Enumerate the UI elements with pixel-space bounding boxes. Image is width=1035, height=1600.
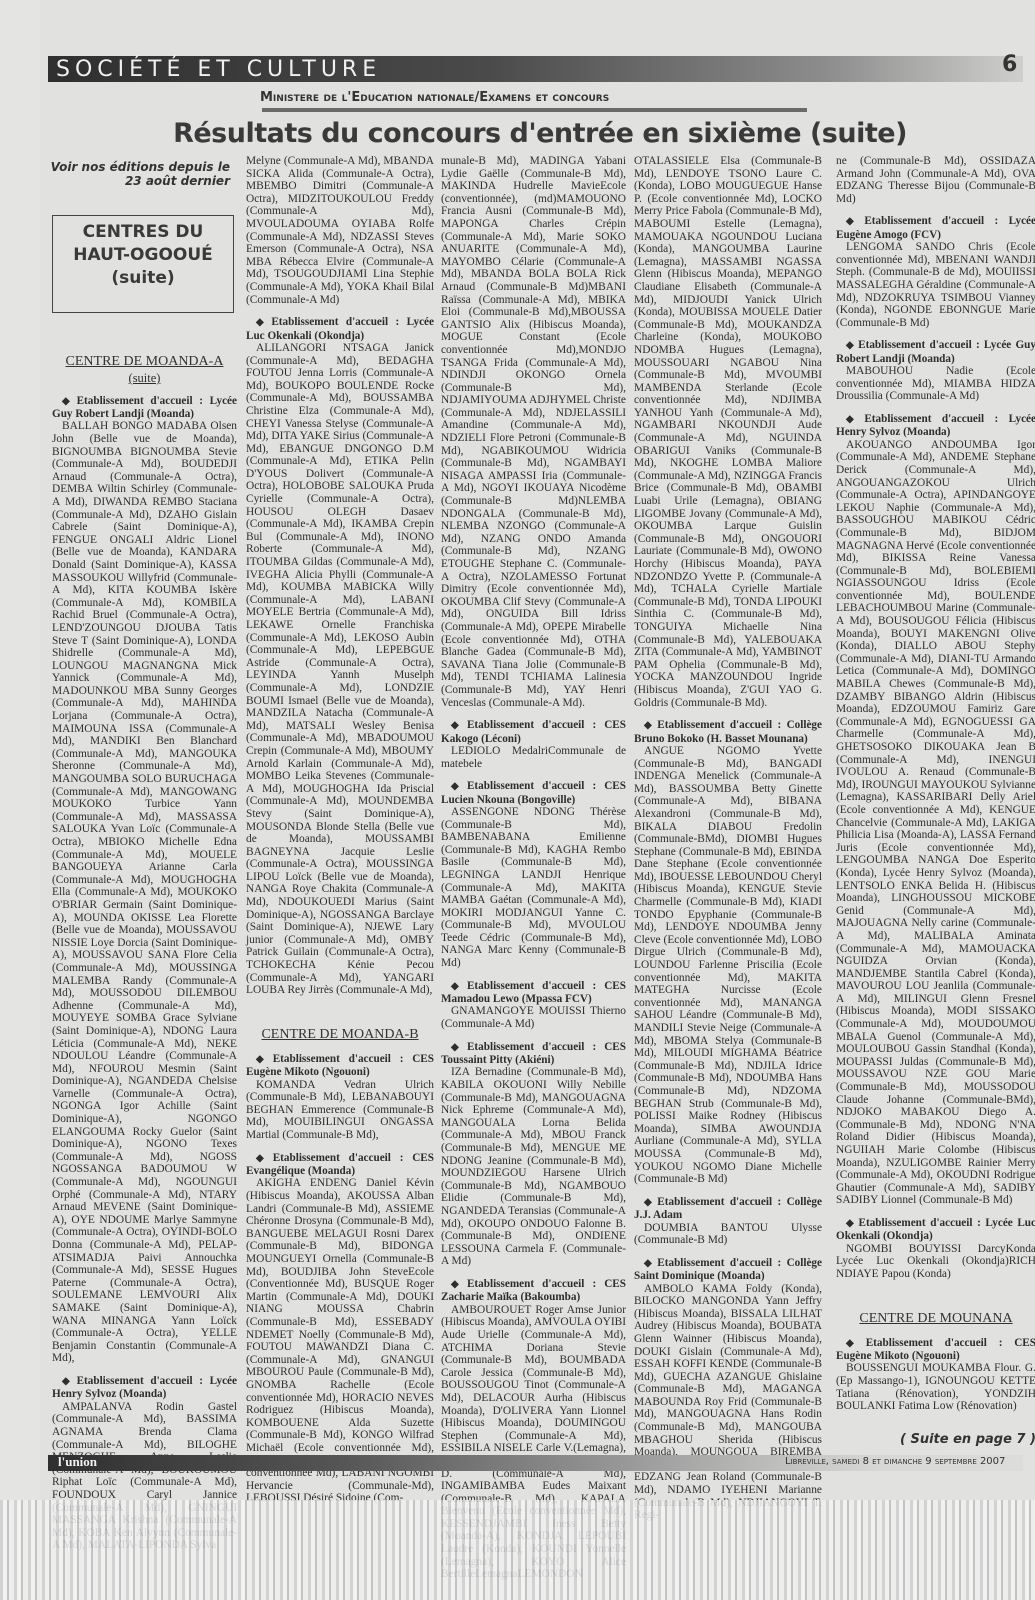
candidate-list: AMBOLO KAMA Foldy (Konda), BILOCKO MANGO… <box>634 1283 822 1522</box>
candidate-list: AKOUANGO ANDOUMBA Igor (Communale-A Md),… <box>836 439 1035 1207</box>
establishment-heading: ◆Etablissement d'accueil : Collège Bruno… <box>634 719 822 745</box>
region-box-line-3: (suite) <box>53 268 233 288</box>
diamond-bullet-icon: ◆ <box>846 1218 856 1229</box>
candidate-list: MABOUHOU Nadie (Ecole conventionnée Md),… <box>836 365 1035 403</box>
diamond-bullet-icon: ◆ <box>256 1054 270 1065</box>
candidate-list: LEDIOLO MedalriCommunale de matebele <box>441 745 626 770</box>
establishment-heading: ◆Etablissement d'accueil : CES Eugène Mi… <box>246 1053 434 1079</box>
kicker-rule <box>262 108 807 112</box>
candidate-list: NGOMBI BOUYISSI DarcyKonda Lycée Luc Oke… <box>836 1243 1035 1281</box>
diamond-bullet-icon: ◆ <box>846 414 861 425</box>
candidate-list: IZA Bernadine (Communale-B Md), KABILA O… <box>441 1066 626 1268</box>
diamond-bullet-icon: ◆ <box>451 781 464 792</box>
region-box: CENTRES DU HAUT-OGOOUÉ (suite) <box>52 215 234 313</box>
establishment-heading: ◆Etablissement d'accueil : Collège J.J. … <box>634 1196 822 1222</box>
candidate-list: OTALASSIELE Elsa (Communale-B Md), LENDO… <box>634 155 822 709</box>
diamond-bullet-icon: ◆ <box>256 317 268 328</box>
spacer <box>246 997 434 1023</box>
column-1: CENTRE DE MOANDA-A (suite) ◆Etablissemen… <box>52 350 237 1552</box>
establishment-heading: ◆Etablissement d'accueil : Lycée Luc Oke… <box>836 1217 1035 1243</box>
establishment-heading: ◆Etablissement d'accueil : CES Evangéliq… <box>246 1152 434 1178</box>
candidate-list: KOMANDA Vedran Ulrich (Communale-B Md), … <box>246 1079 434 1142</box>
diamond-bullet-icon: ◆ <box>644 720 654 731</box>
diamond-bullet-icon: ◆ <box>451 720 464 731</box>
section-title: SOCIÉTÉ ET CULTURE <box>56 57 381 82</box>
diamond-bullet-icon: ◆ <box>846 1338 863 1349</box>
diamond-bullet-icon: ◆ <box>846 340 855 351</box>
candidate-list: DOUMBIA BANTOU Ulysse (Communale-B Md) <box>634 1222 822 1247</box>
candidate-list: munale-B Md), MADINGA Yabani Lydie Gaëll… <box>441 155 626 709</box>
ministry-kicker: Ministere de l'Education nationale/Exame… <box>260 90 810 105</box>
diamond-bullet-icon: ◆ <box>644 1258 654 1269</box>
candidate-list: ASSENGONE NDONG Thérèse (Communale-B Md)… <box>441 806 626 970</box>
establishment-heading: ◆Etablissement d'accueil : Lycée Luc Oke… <box>246 316 434 342</box>
diamond-bullet-icon: ◆ <box>451 1279 464 1290</box>
diamond-bullet-icon: ◆ <box>451 1042 464 1053</box>
candidate-list: GNAMANGOYE MOUISSI Thierno (Communale-A … <box>441 1005 626 1030</box>
establishment-heading: ◆Etablissement d'accueil : CES Eugène Mi… <box>836 1337 1035 1363</box>
establishment-heading: ◆Etablissement d'accueil : Lycée Guy Rob… <box>52 395 237 421</box>
candidate-list: ne (Communale-B Md), OSSIDAZA Armand Joh… <box>836 155 1035 205</box>
continued-note: ( Suite en page 7 ) <box>900 1432 1035 1447</box>
column-3: munale-B Md), MADINGA Yabani Lydie Gaëll… <box>441 155 626 1581</box>
column-2: Melyne (Communale-A Md), MBANDA SICKA Al… <box>246 155 434 1505</box>
establishment-heading: ◆Etablissement d'accueil : Lycée Eugène … <box>836 215 1035 241</box>
candidate-list: BALLAH BONGO MADABA Olsen John (Belle vu… <box>52 420 237 1365</box>
diamond-bullet-icon: ◆ <box>846 216 861 227</box>
scan-artifact <box>0 1500 1035 1600</box>
footer-dateline: Libreville, samedi 8 et dimanche 9 septe… <box>785 1456 1005 1467</box>
diamond-bullet-icon: ◆ <box>62 1376 74 1387</box>
intro-note: Voir nos éditions depuis le 23 août dern… <box>48 160 230 188</box>
centre-title: CENTRE DE MOANDA-B <box>246 1027 434 1043</box>
page-number: 6 <box>1002 52 1017 77</box>
establishment-heading: ◆Etablissement d'accueil : Lycée Henry S… <box>52 1375 237 1401</box>
diamond-bullet-icon: ◆ <box>644 1197 654 1208</box>
establishment-heading: ◆Etablissement d'accueil : CES Lucien Nk… <box>441 780 626 806</box>
establishment-heading: ◆Etablissement d'accueil : CES Kakogo (L… <box>441 719 626 745</box>
newspaper-logo: l'union <box>58 1454 97 1470</box>
diamond-bullet-icon: ◆ <box>256 1153 270 1164</box>
candidate-list: Melyne (Communale-A Md), MBANDA SICKA Al… <box>246 155 434 306</box>
establishment-heading: ◆Etablissement d'accueil : Collège Saint… <box>634 1257 822 1283</box>
establishment-heading: ◆Etablissement d'accueil : CES Toussaint… <box>441 1041 626 1067</box>
candidate-list: BOUSSENGUI MOUKAMBA Flour. G. (Ep Massan… <box>836 1362 1035 1412</box>
region-box-line-1: CENTRES DU <box>53 222 233 242</box>
column-4: OTALASSIELE Elsa (Communale-B Md), LENDO… <box>634 155 822 1522</box>
headline: Résultats du concours d'entrée en sixièm… <box>150 118 930 149</box>
spacer <box>836 1281 1035 1307</box>
candidate-list: LENGOMA SANDO Chris (Ecole conventionnée… <box>836 241 1035 329</box>
centre-title: CENTRE DE MOANDA-A <box>52 354 237 370</box>
establishment-heading: ◆Etablissement d'accueil : Lycée Henry S… <box>836 413 1035 439</box>
candidate-list: ALILANGORI NTSAGA Janick (Communale-A Md… <box>246 342 434 997</box>
establishment-heading: ◆Etablissement d'accueil : CES Mamadou L… <box>441 980 626 1006</box>
establishment-heading: ◆Etablissement d'accueil : CES Zacharie … <box>441 1278 626 1304</box>
centre-title: CENTRE DE MOUNANA <box>836 1311 1035 1327</box>
column-5: ne (Communale-B Md), OSSIDAZA Armand Joh… <box>836 155 1035 1413</box>
centre-subtitle: (suite) <box>52 372 237 385</box>
diamond-bullet-icon: ◆ <box>62 396 74 407</box>
diamond-bullet-icon: ◆ <box>451 981 464 992</box>
establishment-heading: ◆Etablissement d'accueil : Lycée Guy Rob… <box>836 339 1035 365</box>
region-box-line-2: HAUT-OGOOUÉ <box>53 245 233 265</box>
candidate-list: ANGUE NGOMO Yvette (Communale-B Md), BAN… <box>634 745 822 1186</box>
